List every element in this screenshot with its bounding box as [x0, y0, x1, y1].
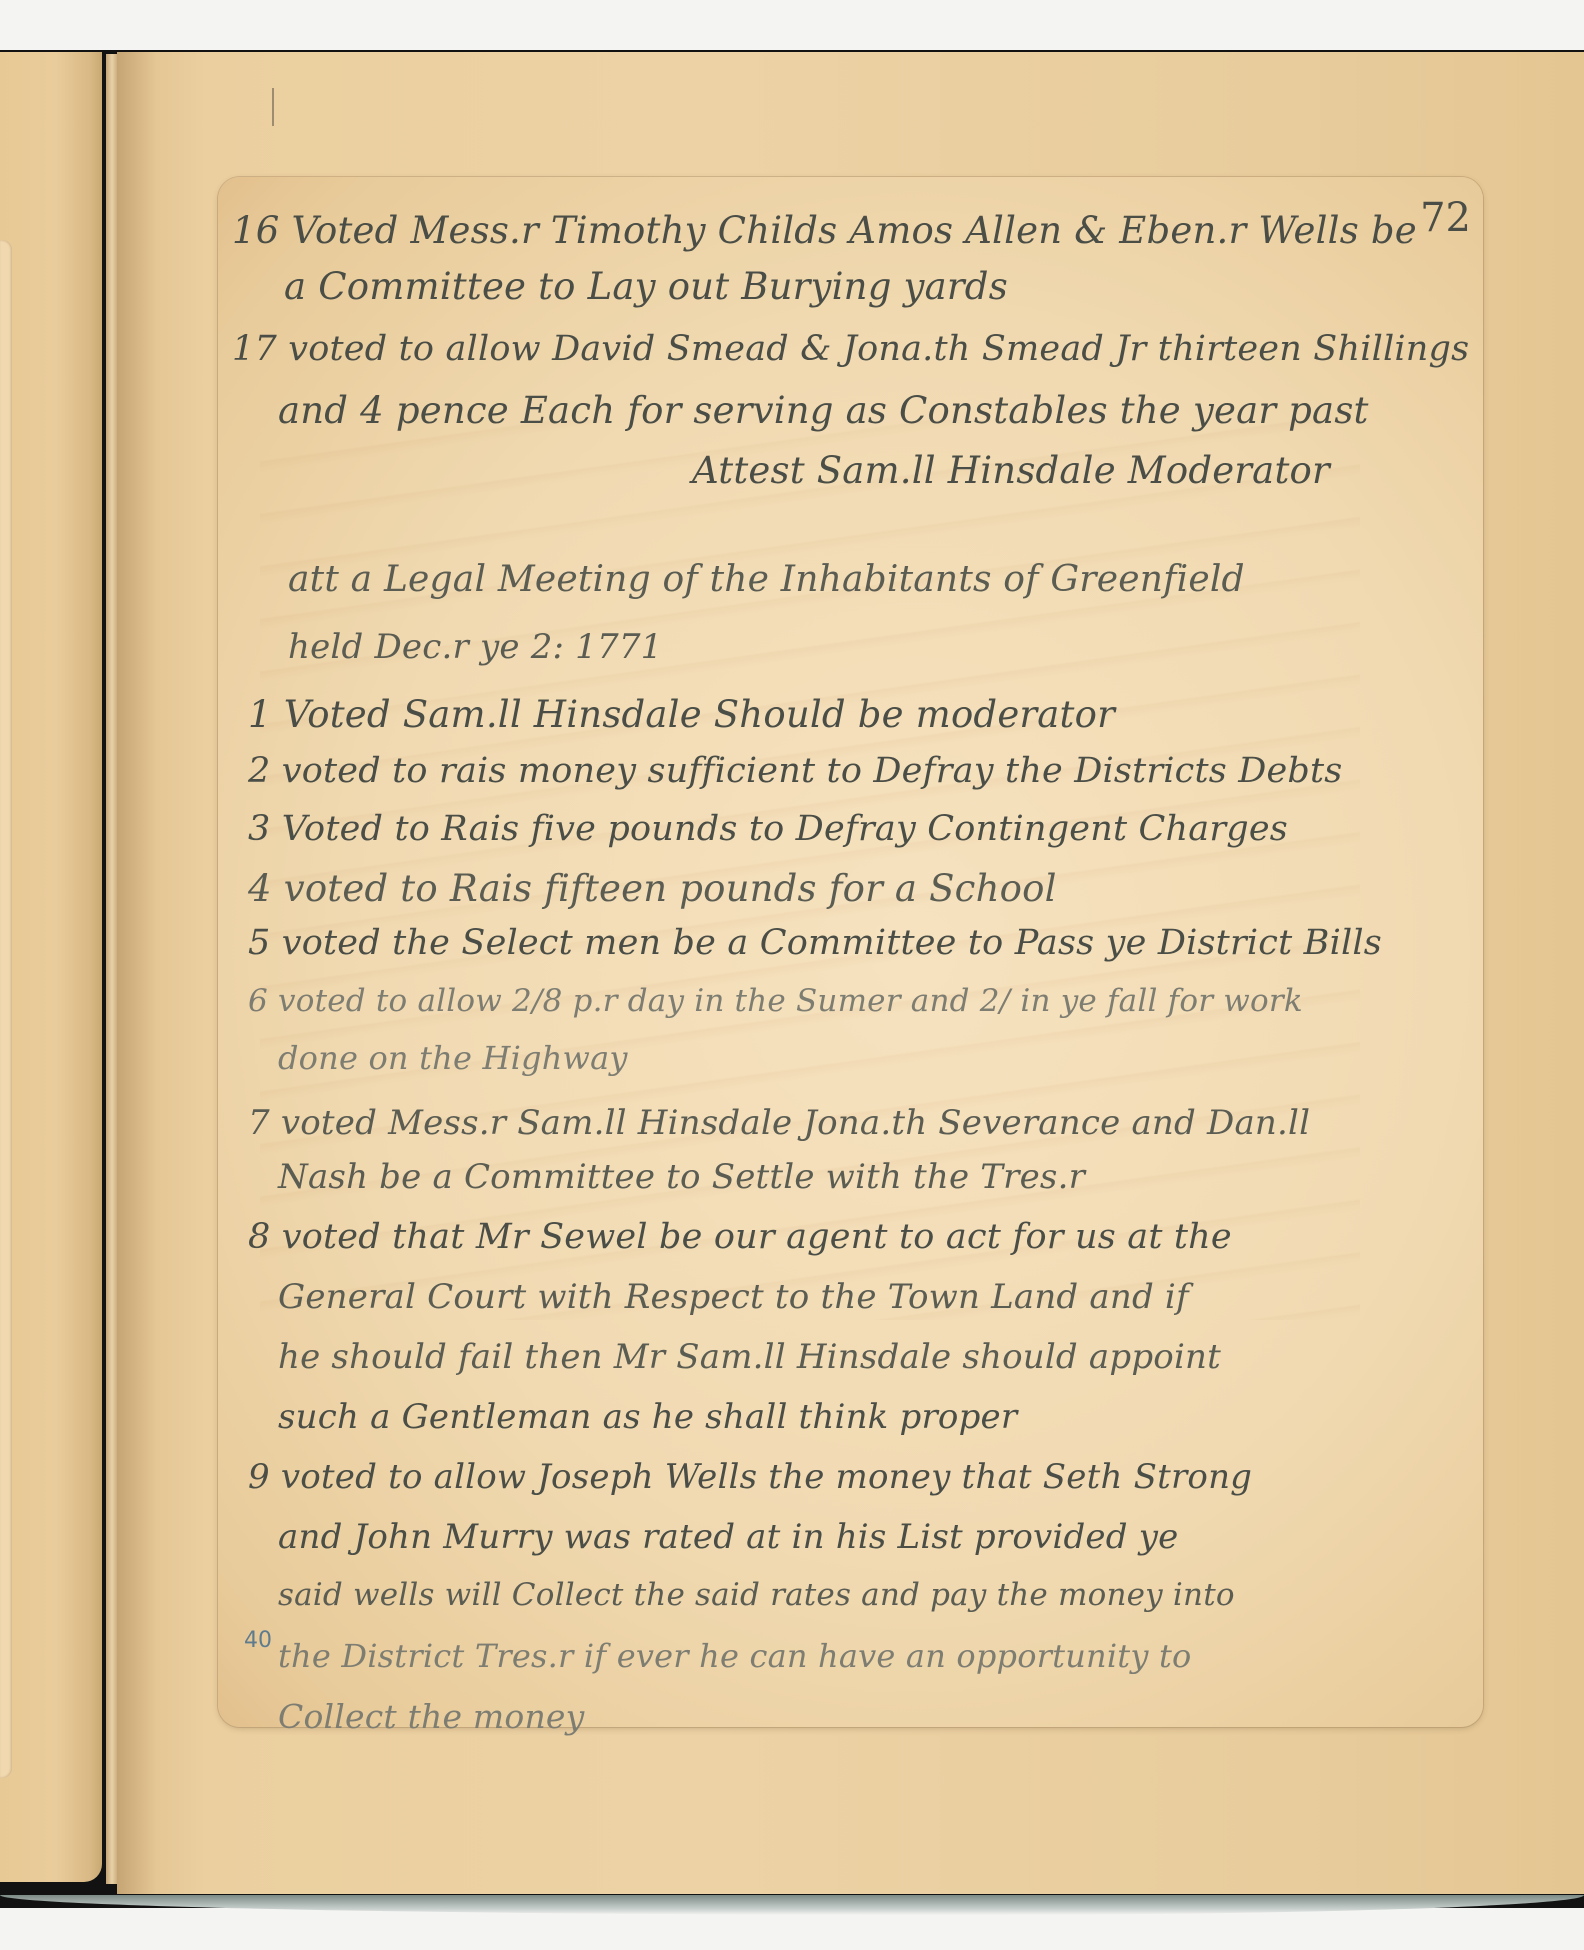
- entry-number: 9: [248, 1457, 270, 1497]
- entry-text: voted that Mr Sewel be our agent to act …: [282, 1217, 1232, 1257]
- vote-9-line-1: 9 voted to allow Joseph Wells the money …: [248, 1460, 1252, 1494]
- folio-number: 72: [1420, 195, 1471, 241]
- entry-text: voted Mess.r Sam.ll Hinsdale Jona.th Sev…: [281, 1103, 1310, 1143]
- entry-text: voted to allow 2/8 p.r day in the Sumer …: [278, 983, 1303, 1019]
- vote-6-line-1: 6 voted to allow 2/8 p.r day in the Sume…: [248, 986, 1303, 1017]
- entry-number: 7: [248, 1103, 270, 1143]
- attestation: Attest Sam.ll Hinsdale Moderator: [692, 452, 1330, 489]
- entry-text: the District Tres.r if ever he can have …: [278, 1637, 1192, 1675]
- pencil-mark: [272, 88, 274, 126]
- entry-16-line-1: 16 Voted Mess.r Timothy Childs Amos Alle…: [232, 212, 1417, 249]
- entry-number: 2: [248, 751, 270, 791]
- entry-text: done on the Highway: [278, 1039, 628, 1077]
- vote-9-line-3: said wells will Collect the said rates a…: [278, 1580, 1235, 1611]
- entry-number: 4: [248, 867, 272, 910]
- entry-text: Nash be a Committee to Settle with the T…: [278, 1157, 1085, 1197]
- entry-text: voted the Select men be a Committee to P…: [282, 923, 1382, 963]
- vote-9-line-5: Collect the money: [278, 1700, 585, 1733]
- entry-number: 6: [248, 983, 268, 1019]
- entry-number: 8: [248, 1217, 270, 1257]
- entry-text: voted to allow David Smead & Jona.th Sme…: [288, 329, 1469, 369]
- entry-text: voted to allow Joseph Wells the money th…: [281, 1457, 1252, 1497]
- entry-text: General Court with Respect to the Town L…: [278, 1277, 1189, 1317]
- entry-number: 1: [248, 693, 272, 736]
- attestation-text: Attest Sam.ll Hinsdale Moderator: [692, 449, 1330, 492]
- vote-6-line-2: done on the Highway: [278, 1042, 628, 1074]
- meeting-heading-line-2: held Dec.r ye 2: 1771: [288, 630, 663, 664]
- vote-4: 4 voted to Rais fifteen pounds for a Sch…: [248, 870, 1057, 907]
- entry-number: 3: [248, 809, 270, 849]
- left-page-leaf-edge: [0, 240, 12, 1778]
- vote-1: 1 Voted Sam.ll Hinsdale Should be modera…: [248, 696, 1115, 733]
- entry-text: voted to rais money sufficient to Defray…: [282, 751, 1343, 791]
- vote-7-line-1: 7 voted Mess.r Sam.ll Hinsdale Jona.th S…: [248, 1106, 1310, 1140]
- entry-text: such a Gentleman as he shall think prope…: [278, 1397, 1017, 1437]
- vote-8-line-3: he should fail then Mr Sam.ll Hinsdale s…: [278, 1340, 1221, 1374]
- vote-9-line-4: the District Tres.r if ever he can have …: [278, 1640, 1192, 1672]
- vote-5: 5 voted the Select men be a Committee to…: [248, 926, 1382, 961]
- entry-text: voted to Rais fifteen pounds for a Schoo…: [284, 867, 1057, 910]
- entry-text: Voted to Rais five pounds to Defray Cont…: [282, 809, 1288, 849]
- entry-number: 5: [248, 923, 270, 963]
- entry-text: a Committee to Lay out Burying yards: [284, 265, 1008, 308]
- entry-number: 17: [232, 329, 277, 369]
- vote-2: 2 voted to rais money sufficient to Defr…: [248, 754, 1342, 789]
- entry-17-line-2: and 4 pence Each for serving as Constabl…: [278, 392, 1369, 429]
- left-facing-page: [0, 52, 102, 1882]
- vote-7-line-2: Nash be a Committee to Settle with the T…: [278, 1160, 1085, 1194]
- entry-17-line-1: 17 voted to allow David Smead & Jona.th …: [232, 332, 1469, 367]
- entry-number: 16: [232, 209, 279, 252]
- margin-page-number: 40: [244, 1628, 272, 1653]
- scanned-book-spread: 72 16 Voted Mess.r Timothy Childs Amos A…: [0, 0, 1584, 1950]
- meeting-date: held Dec.r ye 2: 1771: [288, 627, 663, 667]
- entry-text: Voted Mess.r Timothy Childs Amos Allen &…: [291, 209, 1416, 252]
- vote-9-line-2: and John Murry was rated at in his List …: [278, 1520, 1178, 1554]
- meeting-heading: att a Legal Meeting of the Inhabitants o…: [288, 559, 1245, 600]
- vote-8-line-1: 8 voted that Mr Sewel be our agent to ac…: [248, 1220, 1232, 1255]
- entry-text: said wells will Collect the said rates a…: [278, 1577, 1235, 1613]
- torn-backing-edge: [0, 1895, 1584, 1915]
- entry-text: Voted Sam.ll Hinsdale Should be moderato…: [284, 693, 1115, 736]
- vote-3: 3 Voted to Rais five pounds to Defray Co…: [248, 812, 1288, 847]
- vote-8-line-2: General Court with Respect to the Town L…: [278, 1280, 1189, 1314]
- entry-text: Collect the money: [278, 1697, 585, 1736]
- entry-text: and John Murry was rated at in his List …: [278, 1517, 1178, 1557]
- vote-8-line-4: such a Gentleman as he shall think prope…: [278, 1400, 1017, 1434]
- meeting-heading-line-1: att a Legal Meeting of the Inhabitants o…: [288, 562, 1245, 598]
- entry-text: and 4 pence Each for serving as Constabl…: [278, 389, 1369, 432]
- gutter-shadow: [117, 52, 157, 1894]
- entry-text: he should fail then Mr Sam.ll Hinsdale s…: [278, 1337, 1221, 1377]
- entry-16-line-2: a Committee to Lay out Burying yards: [284, 268, 1008, 305]
